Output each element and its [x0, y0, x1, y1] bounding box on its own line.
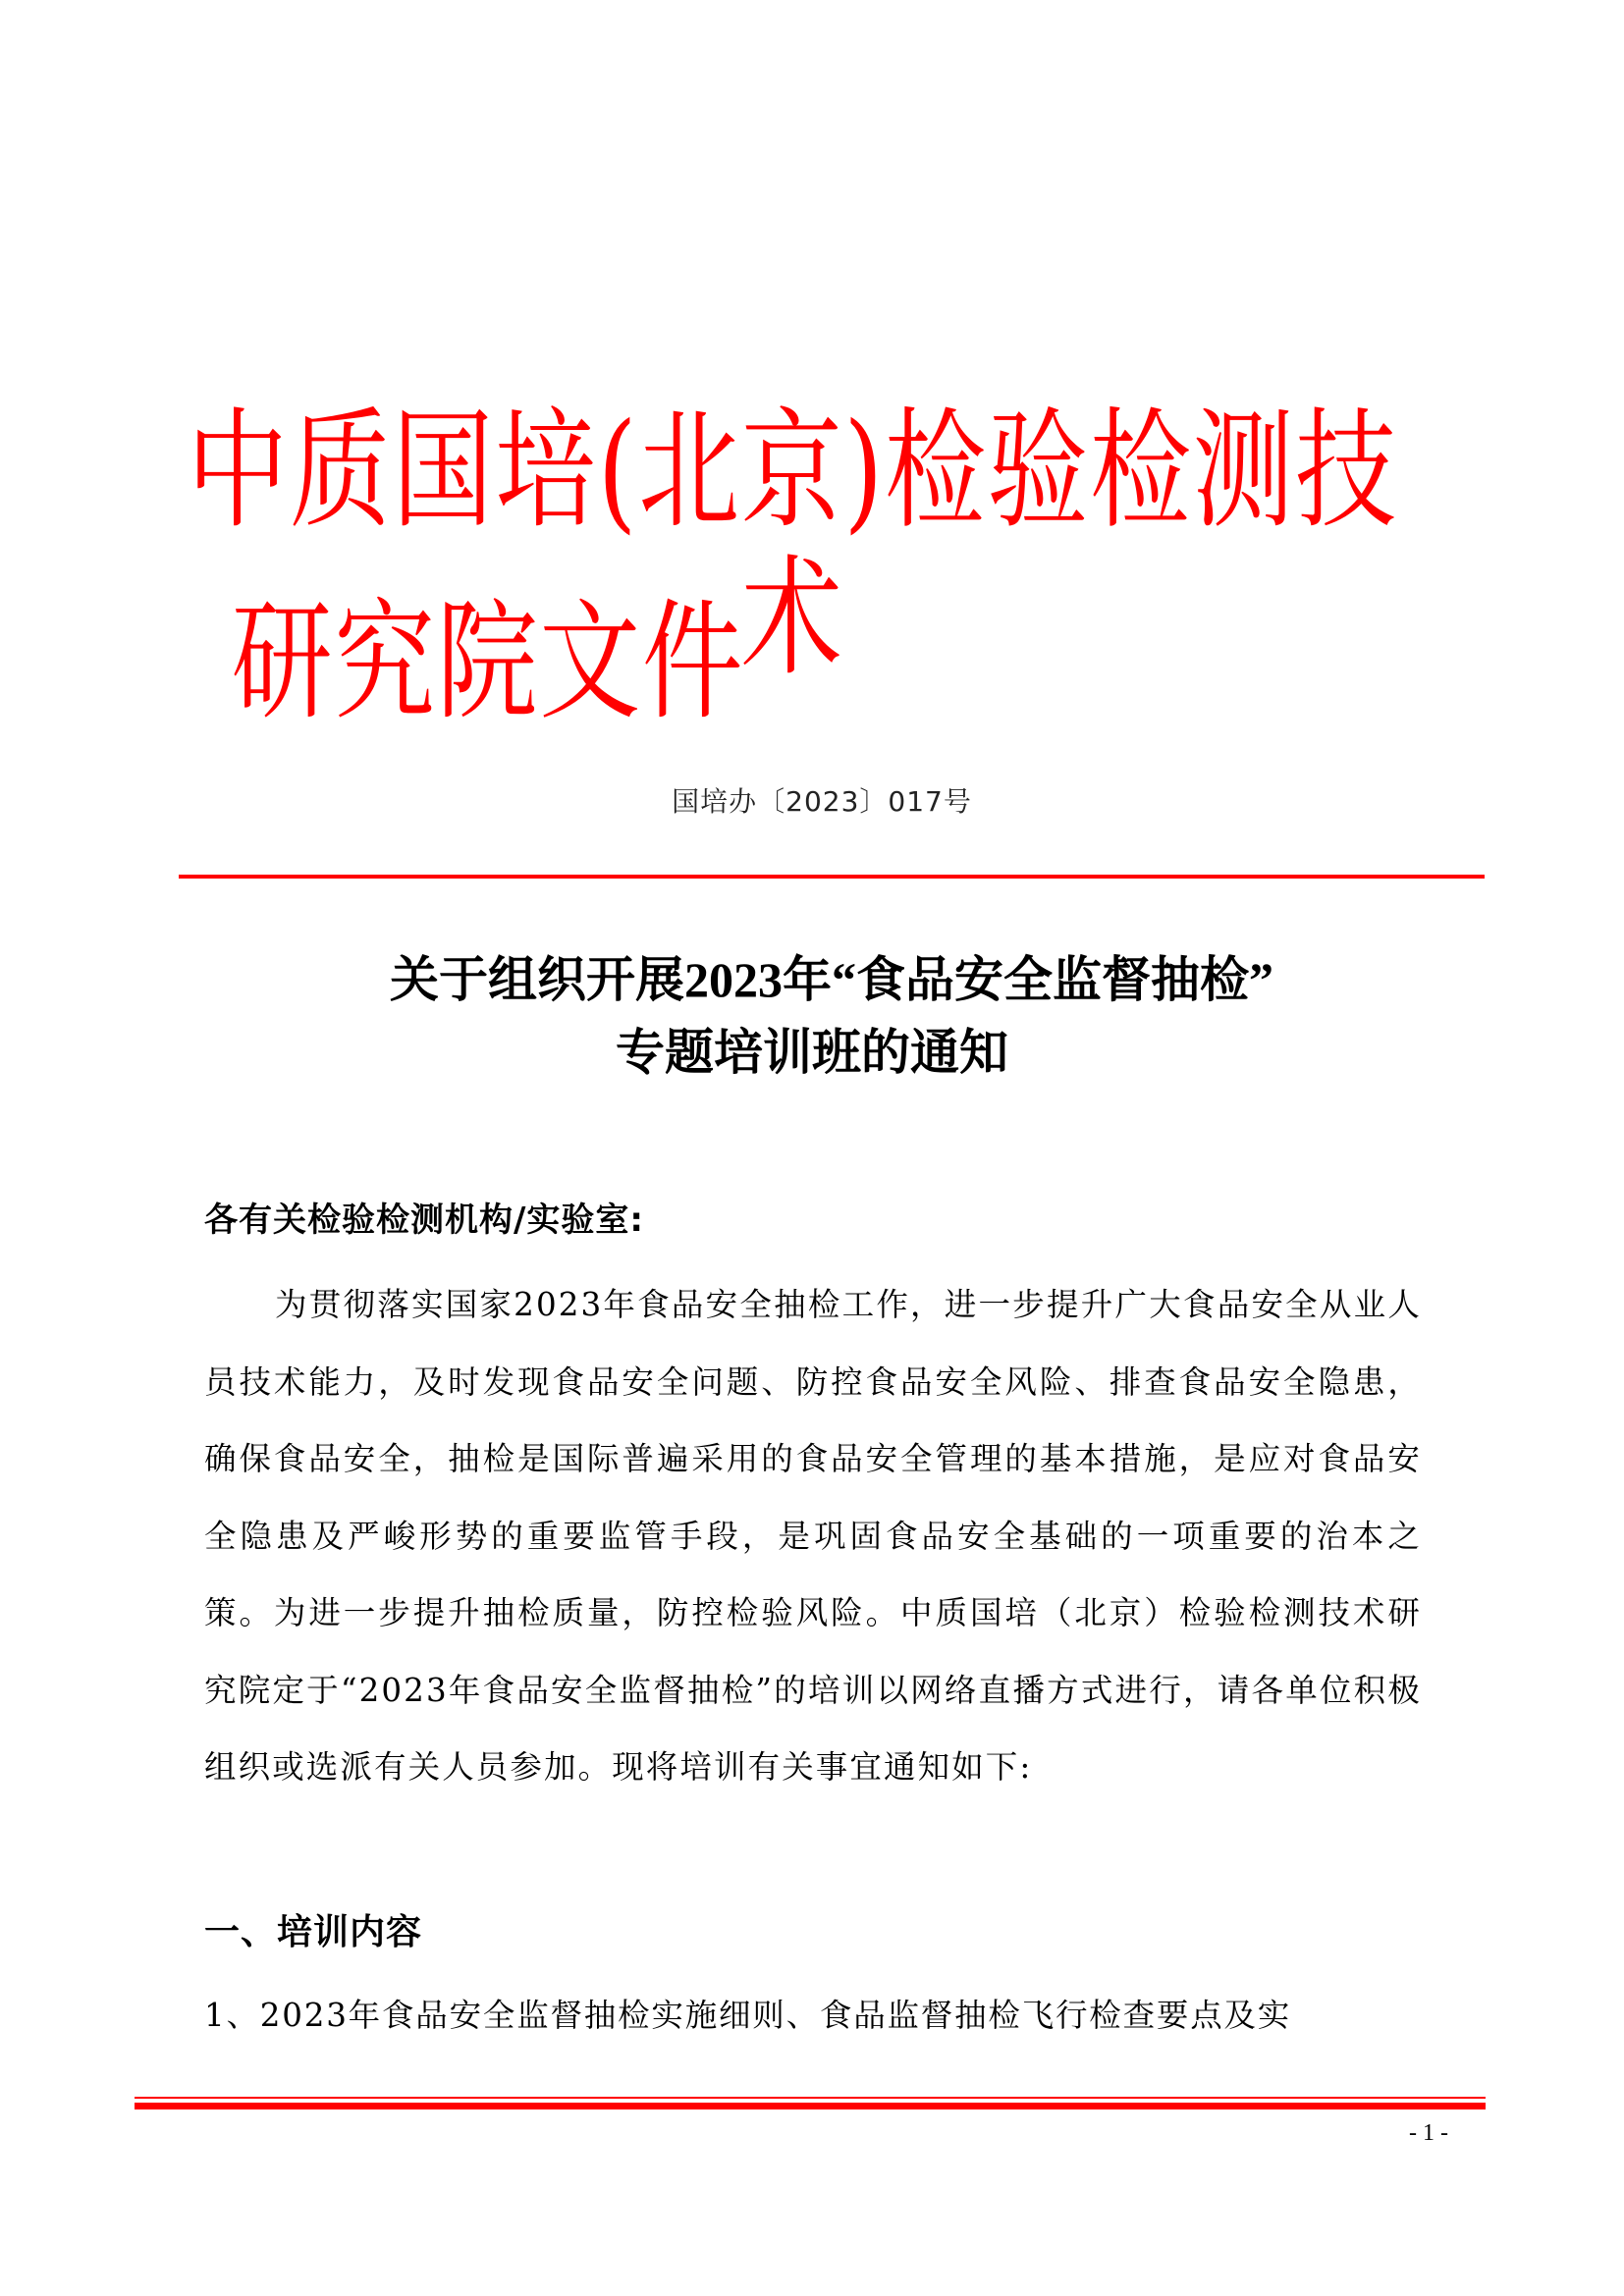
org-title-line2: 研究院文件	[0, 589, 1121, 736]
document-page: 中质国培(北京)检验检测技术 研究院文件 国培办〔2023〕017号 关于组织开…	[0, 0, 1624, 2296]
footer-divider-thin	[135, 2097, 1486, 2099]
salutation: 各有关检验检测机构/实验室:	[204, 1193, 644, 1241]
section-heading-training-content: 一、培训内容	[204, 1904, 422, 1954]
body-paragraph: 为贯彻落实国家2023年食品安全抽检工作，进一步提升广大食品安全从业人员技术能力…	[204, 1266, 1422, 1806]
header-divider	[179, 875, 1485, 879]
document-number: 国培办〔2023〕017号	[0, 780, 1624, 820]
notice-title-line1: 关于组织开展2023年“食品安全监督抽检”	[20, 950, 1624, 1009]
notice-title-line2: 专题培训班的通知	[0, 1023, 1624, 1082]
page-number: - 1 -	[1380, 2120, 1478, 2147]
list-item-1: 1、2023年食品安全监督抽检实施细则、食品监督抽检飞行检查要点及实	[204, 1991, 1441, 2036]
footer-divider-thick	[135, 2103, 1486, 2109]
